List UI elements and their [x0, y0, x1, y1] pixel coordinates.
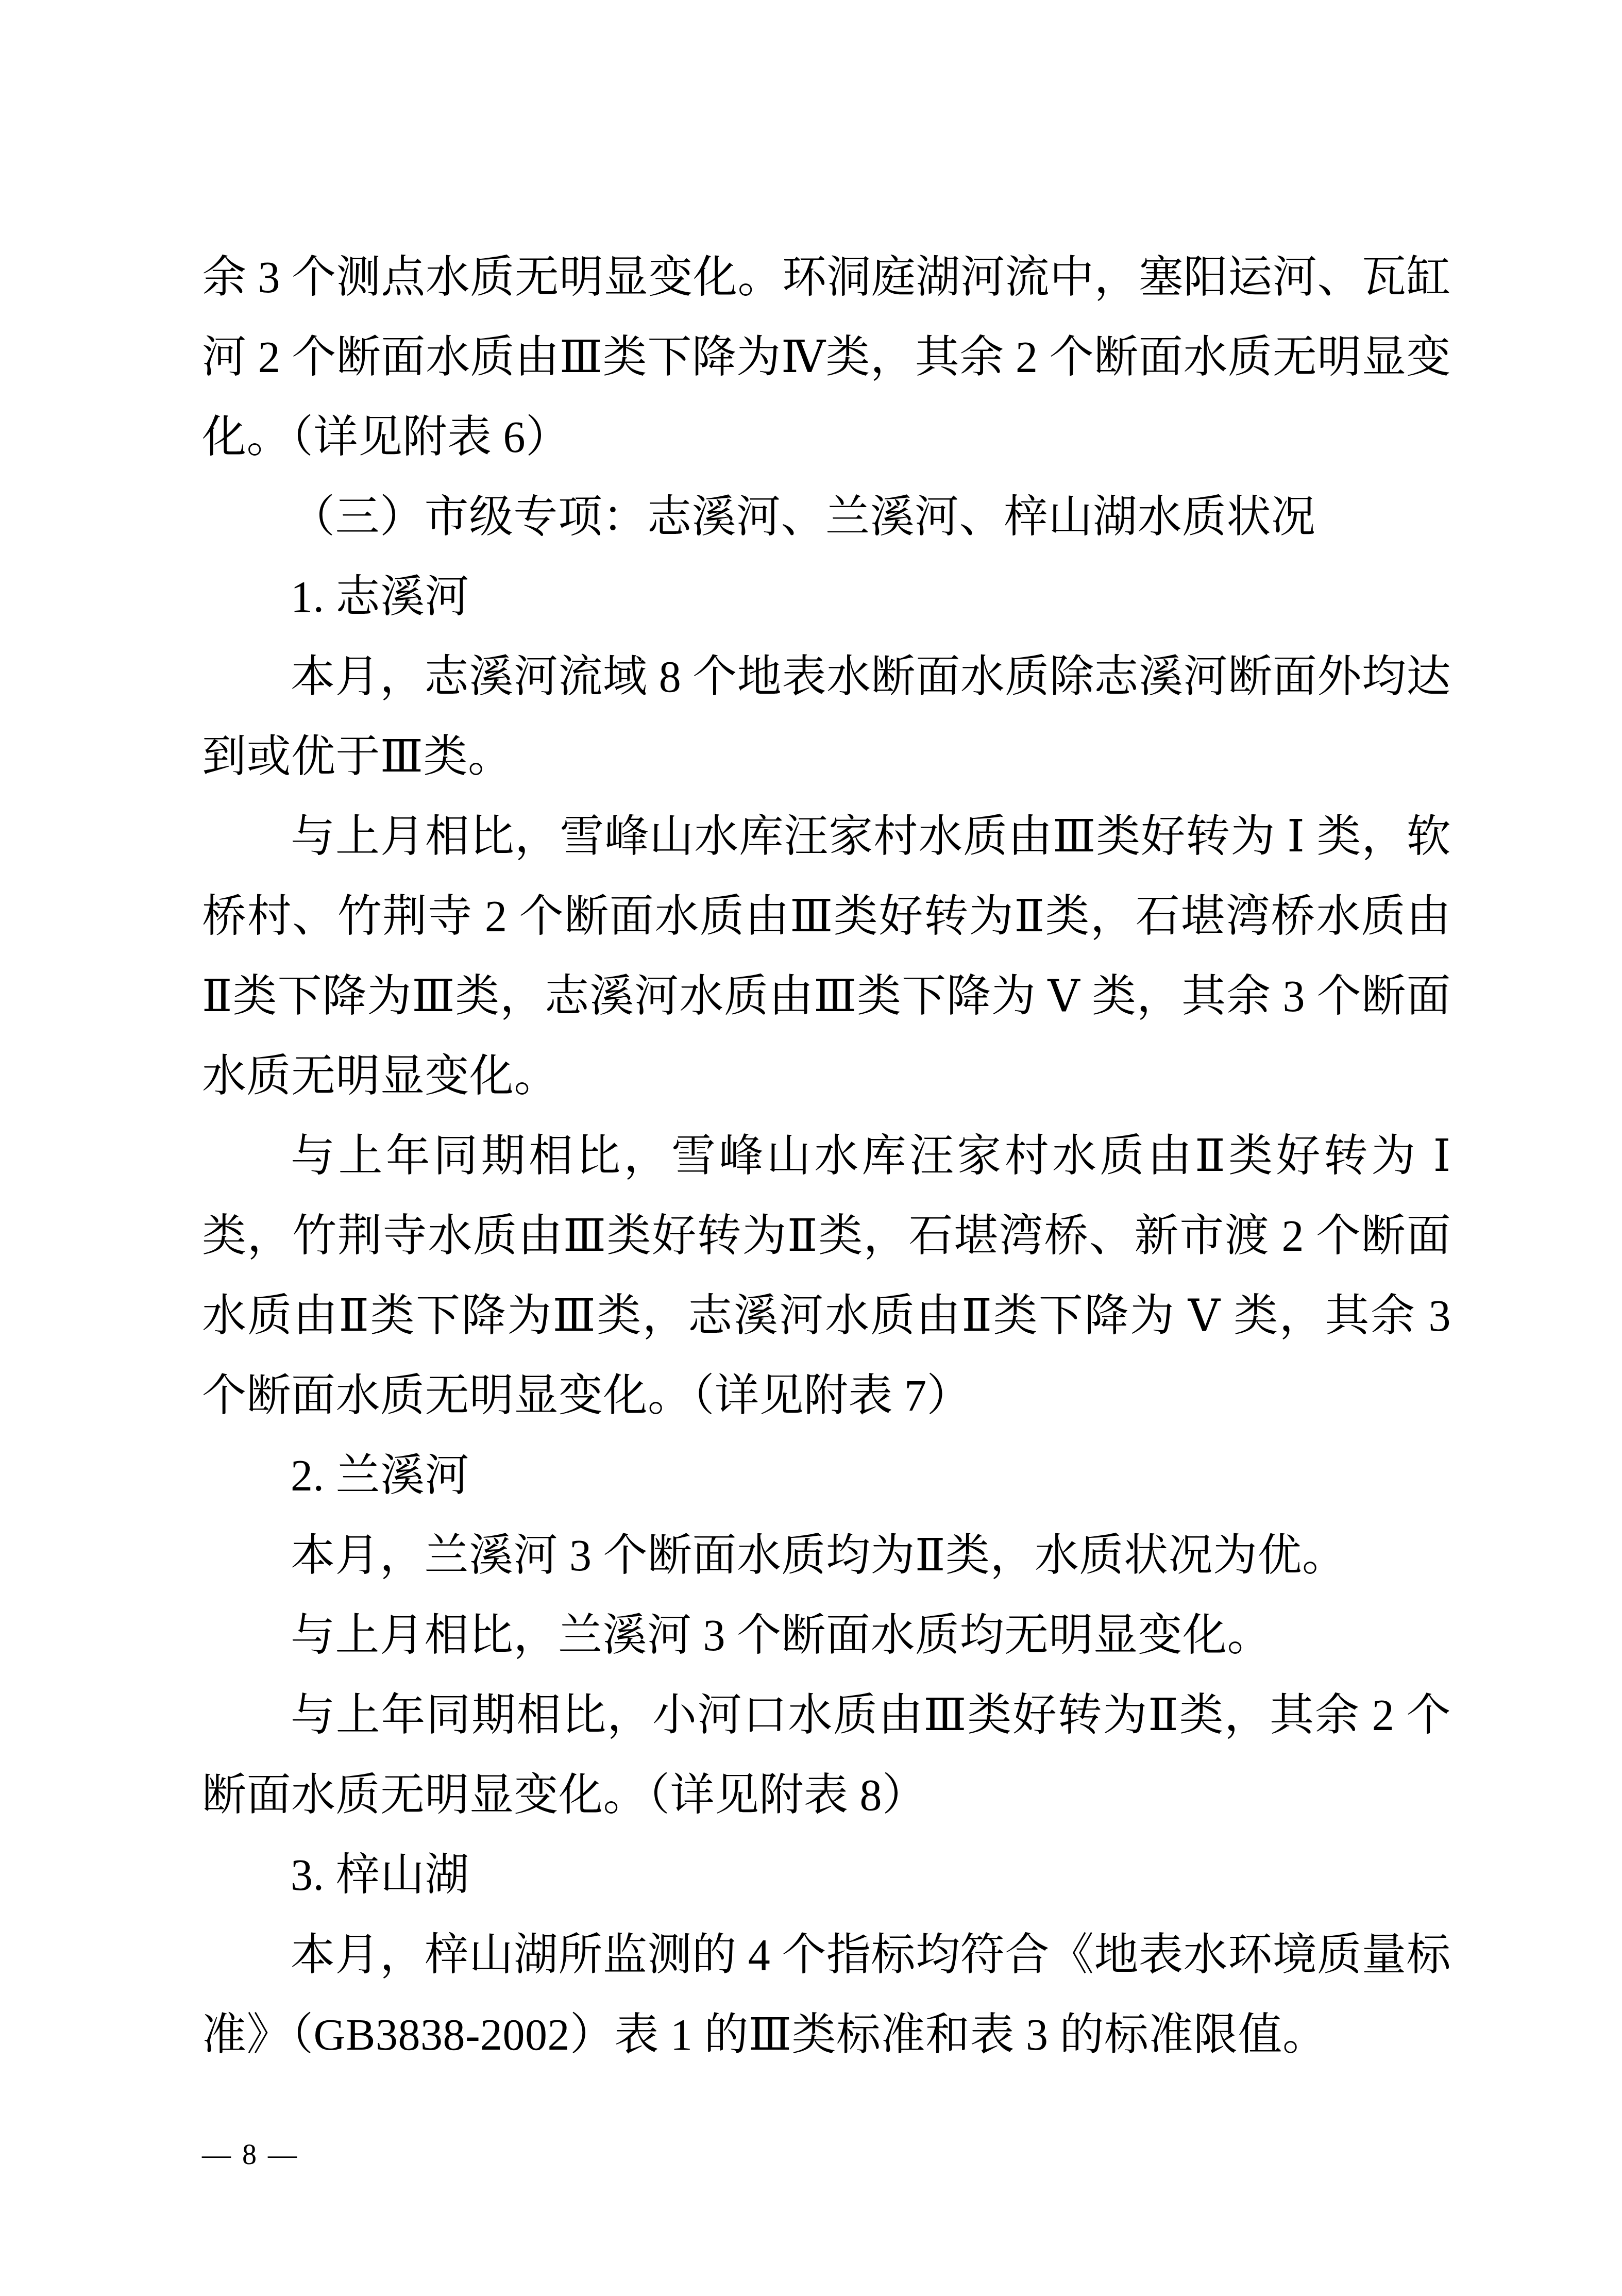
paragraph: 1. 志溪河 — [202, 557, 1451, 637]
paragraph: 余 3 个测点水质无明显变化。环洞庭湖河流中，塞阳运河、瓦缸河 2 个断面水质由… — [202, 238, 1451, 477]
document-page: 余 3 个测点水质无明显变化。环洞庭湖河流中，塞阳运河、瓦缸河 2 个断面水质由… — [0, 0, 1622, 2296]
document-body: 余 3 个测点水质无明显变化。环洞庭湖河流中，塞阳运河、瓦缸河 2 个断面水质由… — [202, 238, 1451, 2075]
paragraph: （三）市级专项：志溪河、兰溪河、梓山湖水质状况 — [202, 477, 1451, 557]
paragraph: 本月，志溪河流域 8 个地表水断面水质除志溪河断面外均达到或优于Ⅲ类。 — [202, 637, 1451, 797]
paragraph: 3. 梓山湖 — [202, 1835, 1451, 1915]
paragraph: 与上年同期相比，雪峰山水库汪家村水质由Ⅱ类好转为 Ⅰ 类，竹荆寺水质由Ⅲ类好转为… — [202, 1116, 1451, 1436]
paragraph: 与上年同期相比，小河口水质由Ⅲ类好转为Ⅱ类，其余 2 个断面水质无明显变化。（详… — [202, 1675, 1451, 1835]
paragraph: 2. 兰溪河 — [202, 1436, 1451, 1516]
paragraph: 本月，兰溪河 3 个断面水质均为Ⅱ类，水质状况为优。 — [202, 1516, 1451, 1596]
paragraph: 本月，梓山湖所监测的 4 个指标均符合《地表水环境质量标准》（GB3838-20… — [202, 1915, 1451, 2075]
paragraph: 与上月相比，兰溪河 3 个断面水质均无明显变化。 — [202, 1596, 1451, 1675]
paragraph: 与上月相比，雪峰山水库汪家村水质由Ⅲ类好转为 Ⅰ 类，软桥村、竹荆寺 2 个断面… — [202, 797, 1451, 1116]
page-number: — 8 — — [202, 2137, 299, 2173]
